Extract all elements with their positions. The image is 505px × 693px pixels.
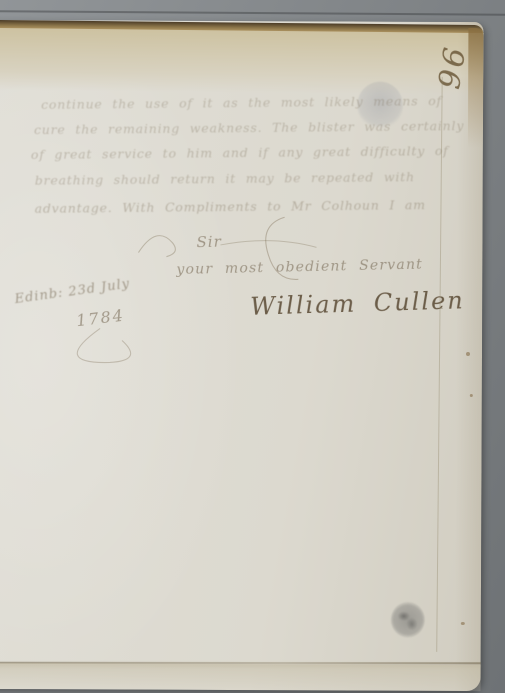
library-ink-stamp: [391, 602, 425, 638]
bottom-fold-band: [0, 663, 481, 691]
foxing-spot: [466, 352, 470, 356]
vertical-crease: [436, 77, 443, 652]
manuscript-page: continue the use of it as the most likel…: [0, 20, 483, 691]
letter-closing: your most obedient Servant: [176, 257, 423, 278]
letter-body-line: breathing should return it may be repeat…: [35, 169, 415, 188]
letter-body-line: cure the remaining weakness. The blister…: [34, 118, 464, 137]
scan-backdrop: continue the use of it as the most likel…: [0, 0, 505, 693]
letter-salutation: Sir: [196, 233, 222, 252]
signature-william-cullen: William Cullen: [250, 286, 465, 321]
tanned-top-margin: [0, 28, 484, 95]
backdrop-shelf-line: [0, 10, 505, 16]
letter-body-line: advantage. With Compliments to Mr Colhou…: [35, 197, 426, 216]
folio-number: 96: [429, 45, 471, 94]
dateline-year: 1784: [75, 306, 126, 331]
foxing-spot: [461, 622, 465, 625]
letter-body-line: of great service to him and if any great…: [31, 143, 449, 162]
foxing-spot: [470, 394, 473, 397]
dateline-place: Edinb: 23d July: [14, 277, 131, 308]
